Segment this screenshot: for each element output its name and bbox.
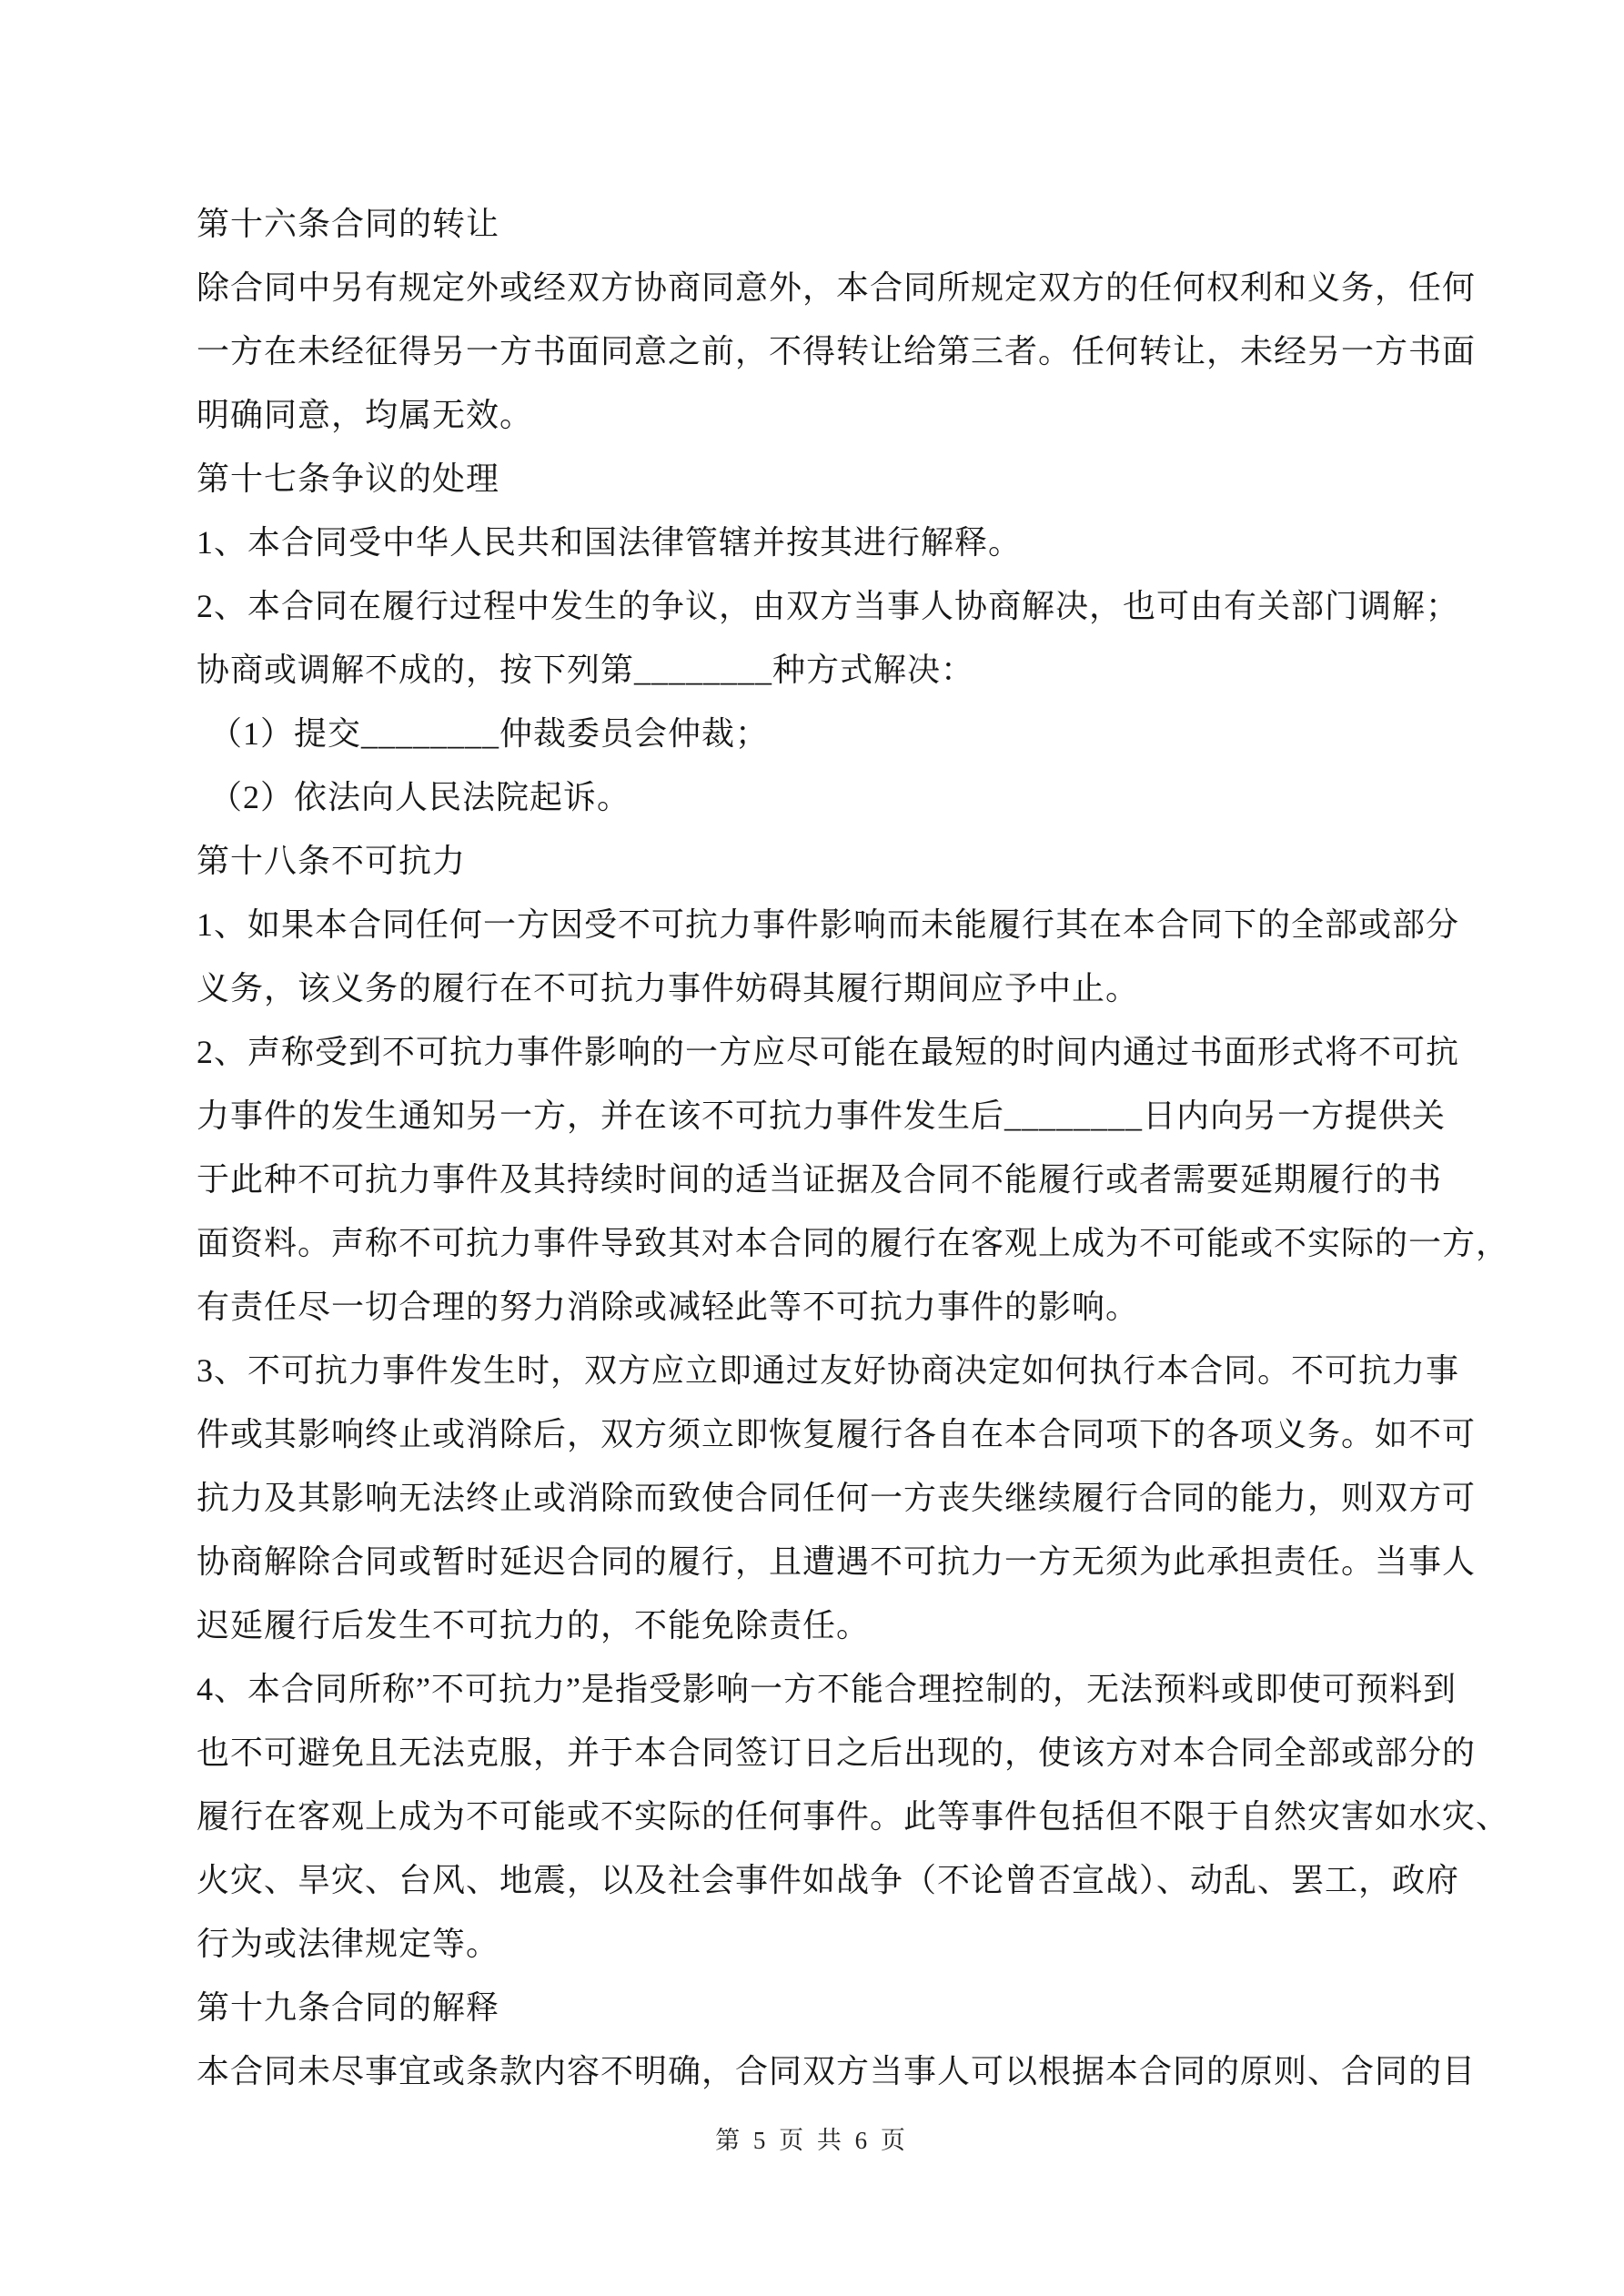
article-19-heading: 第十九条合同的解释 xyxy=(197,1976,1470,2039)
contract-text-line-with-blank: 协商或调解不成的，按下列第________种方式解决： xyxy=(197,638,1470,702)
contract-text-line: 3、不可抗力事件发生时，双方应立即通过友好协商决定如何执行本合同。不可抗力事 xyxy=(197,1339,1470,1402)
contract-text-line: 迟延履行后发生不可抗力的，不能免除责任。 xyxy=(197,1593,1470,1657)
contract-text-line: 除合同中另有规定外或经双方协商同意外，本合同所规定双方的任何权利和义务，任何 xyxy=(197,256,1470,319)
contract-text-line: 履行在客观上成为不可能或不实际的任何事件。此等事件包括但不限于自然灾害如水灾、 xyxy=(197,1785,1470,1848)
contract-text-line: 有责任尽一切合理的努力消除或减轻此等不可抗力事件的影响。 xyxy=(197,1275,1470,1339)
contract-text-line: 4、本合同所称”不可抗力”是指受影响一方不能合理控制的，无法预料或即使可预料到 xyxy=(197,1657,1470,1721)
contract-page: 第十六条合同的转让 除合同中另有规定外或经双方协商同意外，本合同所规定双方的任何… xyxy=(0,0,1624,2296)
contract-text-line: 协商解除合同或暂时延迟合同的履行，且遭遇不可抗力一方无须为此承担责任。当事人 xyxy=(197,1530,1470,1593)
contract-text-line: 明确同意，均属无效。 xyxy=(197,383,1470,447)
contract-text-line: 本合同未尽事宜或条款内容不明确，合同双方当事人可以根据本合同的原则、合同的目 xyxy=(197,2039,1470,2103)
contract-text-line: 行为或法律规定等。 xyxy=(197,1912,1470,1976)
contract-text-line: 1、本合同受中华人民共和国法律管辖并按其进行解释。 xyxy=(197,511,1470,574)
article-16-heading: 第十六条合同的转让 xyxy=(197,192,1470,256)
contract-text-line: 件或其影响终止或消除后，双方须立即恢复履行各自在本合同项下的各项义务。如不可 xyxy=(197,1402,1470,1466)
article-18-heading: 第十八条不可抗力 xyxy=(197,829,1470,893)
contract-body: 第十六条合同的转让 除合同中另有规定外或经双方协商同意外，本合同所规定双方的任何… xyxy=(197,192,1470,2103)
contract-text-line: 一方在未经征得另一方书面同意之前，不得转让给第三者。任何转让，未经另一方书面 xyxy=(197,319,1470,383)
contract-text-line-with-blank: 力事件的发生通知另一方，并在该不可抗力事件发生后________日内向另一方提供… xyxy=(197,1084,1470,1148)
contract-text-line: 也不可避免且无法克服，并于本合同签订日之后出现的，使该方对本合同全部或部分的 xyxy=(197,1721,1470,1785)
contract-text-line: 义务，该义务的履行在不可抗力事件妨碍其履行期间应予中止。 xyxy=(197,956,1470,1020)
article-17-heading: 第十七条争议的处理 xyxy=(197,447,1470,511)
court-option-line: （2）依法向人民法院起诉。 xyxy=(197,765,1470,829)
contract-text-line: 火灾、旱灾、台风、地震，以及社会事件如战争（不论曾否宣战）、动乱、罢工，政府 xyxy=(197,1848,1470,1912)
page-footer: 第 5 页 共 6 页 xyxy=(0,2122,1624,2159)
contract-text-line: 2、声称受到不可抗力事件影响的一方应尽可能在最短的时间内通过书面形式将不可抗 xyxy=(197,1020,1470,1084)
contract-text-line: 1、如果本合同任何一方因受不可抗力事件影响而未能履行其在本合同下的全部或部分 xyxy=(197,893,1470,956)
contract-text-line: 2、本合同在履行过程中发生的争议，由双方当事人协商解决，也可由有关部门调解； xyxy=(197,574,1470,638)
arbitration-option-line: （1）提交________仲裁委员会仲裁； xyxy=(197,702,1470,765)
contract-text-line: 于此种不可抗力事件及其持续时间的适当证据及合同不能履行或者需要延期履行的书 xyxy=(197,1148,1470,1211)
contract-text-line: 面资料。声称不可抗力事件导致其对本合同的履行在客观上成为不可能或不实际的一方， xyxy=(197,1211,1470,1275)
contract-text-line: 抗力及其影响无法终止或消除而致使合同任何一方丧失继续履行合同的能力，则双方可 xyxy=(197,1466,1470,1530)
